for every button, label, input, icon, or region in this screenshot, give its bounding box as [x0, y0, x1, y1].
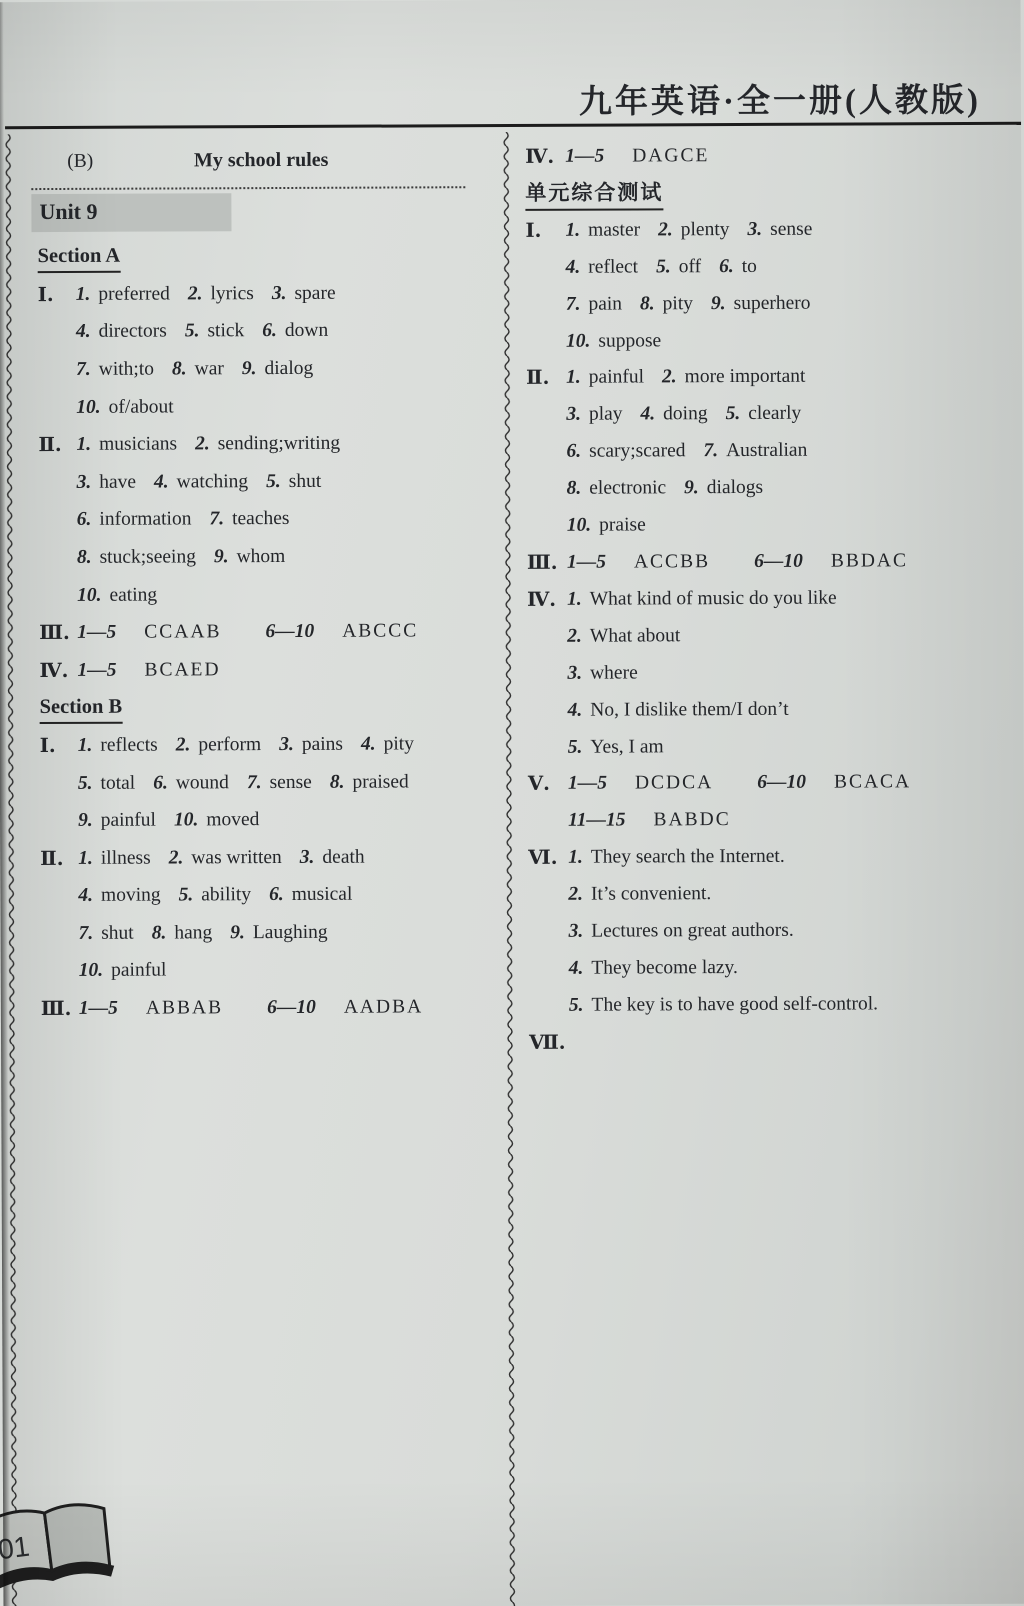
- answer-items: 1—5CCAAB6—10ABCCC: [77, 612, 467, 651]
- exercise-roman-numeral: Ⅰ.: [38, 276, 76, 314]
- exercise-roman-numeral: Ⅳ.: [39, 652, 77, 690]
- answer-item-text: have: [99, 471, 136, 492]
- section-b-heading: Section B: [39, 688, 467, 727]
- exercise-roman-numeral: [526, 434, 566, 471]
- answer-item: 3.play: [566, 397, 622, 434]
- answer-item: 11—15BABDC: [568, 802, 731, 840]
- right-column: Ⅳ. 1—5DAGCE 单元综合测试 Ⅰ. 1.master2.plenty3.…: [525, 137, 961, 1062]
- answer-item-text: AADBA: [344, 996, 423, 1017]
- answer-line: 2.What about: [527, 617, 959, 656]
- answer-item-number: 10.: [174, 809, 198, 830]
- section-a-answers: Ⅰ. 1.preferred2.lyrics3.spare 4.director…: [38, 274, 468, 689]
- answer-item-number: 6—10: [265, 621, 314, 642]
- answer-item-number: 7.: [703, 440, 718, 461]
- passage-b-label: (B): [67, 143, 93, 181]
- answer-item-text: sense: [270, 771, 312, 792]
- answer-items: 1.illness2.was written3.death: [78, 838, 468, 877]
- answer-item-text: Laughing: [253, 922, 328, 943]
- answer-item-number: 8.: [172, 358, 187, 379]
- answer-item-number: 4.: [640, 404, 655, 425]
- answer-item-text: No, I dislike them/I don’t: [590, 698, 789, 720]
- exercise-roman-numeral: [526, 397, 566, 434]
- answer-item-text: war: [195, 358, 224, 379]
- answer-item-text: CCAAB: [144, 621, 221, 642]
- answer-item: 5.clearly: [725, 396, 801, 433]
- answer-line: Ⅱ. 1.illness2.was written3.death: [40, 838, 468, 877]
- exercise-roman-numeral: Ⅳ.: [527, 582, 567, 619]
- answer-item-number: 4.: [76, 321, 91, 342]
- answer-line: 7.shut8.hang9.Laughing: [40, 913, 468, 952]
- section-a-heading: Section A: [38, 236, 466, 275]
- exercise-roman-numeral: [529, 988, 569, 1025]
- answer-items: 1—5ACCBB6—10BBDAC: [567, 543, 959, 582]
- answer-items: 6.information7.teaches: [77, 500, 467, 539]
- answer-line: Ⅰ. 1.reflects2.perform3.pains4.pity: [40, 725, 468, 764]
- exercise-roman-numeral: [40, 764, 78, 802]
- answer-item-number: 4.: [361, 734, 376, 755]
- answer-item-text: watching: [177, 471, 249, 492]
- answer-line: 10.suppose: [526, 322, 958, 361]
- answer-item-number: 2.: [176, 734, 191, 755]
- exercise-roman-numeral: [527, 471, 567, 508]
- answer-item-text: where: [590, 662, 638, 683]
- answer-item-number: 7.: [76, 359, 91, 380]
- answer-item: 2.What about: [567, 618, 680, 655]
- answer-item-number: 2.: [568, 884, 583, 905]
- answer-items: 4.moving5.ability6.musical: [78, 875, 468, 914]
- answer-items: 10.eating: [77, 575, 467, 614]
- answer-item-number: 9.: [78, 810, 93, 831]
- answer-item-number: 9.: [711, 293, 726, 314]
- answer-item-text: praised: [352, 771, 408, 792]
- answer-item: 10.praise: [567, 507, 646, 544]
- answer-item: 2.lyrics: [188, 275, 254, 313]
- answer-items: 9.painful10.moved: [78, 800, 468, 839]
- answer-line: 4.reflect5.off6.to: [526, 248, 958, 287]
- answer-item-text: moving: [101, 885, 161, 906]
- exercise-roman-numeral: [38, 351, 76, 389]
- answer-item-number: 5.: [568, 736, 583, 757]
- answer-item-number: 1.: [566, 367, 581, 388]
- answer-item-number: 10.: [77, 584, 101, 605]
- answer-item: 6.down: [262, 312, 328, 350]
- writing-answer-text: [573, 1023, 961, 1062]
- answer-items: 10.of/about: [76, 387, 466, 426]
- unit-9-divider: Unit 9: [31, 186, 465, 232]
- exercise-roman-numeral: Ⅲ.: [41, 990, 79, 1028]
- answer-line: 6.information7.teaches: [39, 500, 467, 539]
- answer-item: 7.pain: [566, 286, 622, 323]
- answer-item-number: 6.: [153, 772, 168, 793]
- answer-item-number: 7.: [566, 293, 581, 314]
- answer-item: 1.musicians: [76, 426, 177, 464]
- answer-item-number: 9.: [684, 477, 699, 498]
- answer-item: 3.sense: [747, 211, 812, 248]
- column-divider-wavy-line: [501, 132, 517, 1606]
- answer-item-number: 6.: [566, 441, 581, 462]
- answer-item-number: 4.: [569, 958, 584, 979]
- answer-line: Ⅰ. 1.preferred2.lyrics3.spare: [38, 274, 466, 313]
- exercise-roman-numeral: [527, 619, 567, 656]
- unit-test-heading: 单元综合测试: [525, 174, 957, 213]
- answer-item-number: 1.: [78, 848, 93, 869]
- answer-item: 2.was written: [169, 839, 282, 877]
- exercise-roman-numeral: [528, 877, 568, 914]
- answer-item-number: 2.: [188, 283, 203, 304]
- answer-items: 1—5BCAED: [77, 650, 467, 689]
- answer-item: 1—5ABBAB: [79, 989, 223, 1027]
- answer-line: Ⅲ. 1—5ABBAB6—10AADBA: [41, 988, 469, 1027]
- answer-items: 4.reflect5.off6.to: [566, 248, 958, 287]
- answer-item: 7.Australian: [703, 433, 807, 470]
- answer-items: 1.preferred2.lyrics3.spare: [76, 274, 466, 313]
- answer-item-number: 6—10: [754, 551, 803, 572]
- answer-item: 9.Laughing: [230, 914, 328, 952]
- answer-item-text: ACCBB: [634, 551, 710, 572]
- answer-line: 10.eating: [39, 575, 467, 614]
- answer-item-text: clearly: [748, 403, 801, 424]
- answer-item: 7.with;to: [76, 351, 154, 389]
- answer-item-number: 1.: [567, 589, 582, 610]
- answer-item: 6.information: [77, 501, 192, 539]
- answer-item: 1.preferred: [76, 275, 170, 313]
- answer-item: 10.suppose: [566, 323, 661, 360]
- answer-item-text: painful: [589, 367, 644, 388]
- answer-item-text: scary;scared: [589, 440, 685, 461]
- unit-9-title: Unit 9: [31, 193, 231, 232]
- answer-item-number: 9.: [242, 358, 257, 379]
- answer-item-number: 2.: [658, 219, 673, 240]
- answer-item-number: 2.: [195, 433, 210, 454]
- answer-item-number: 2.: [662, 367, 677, 388]
- answer-line: Ⅰ. 1.master2.plenty3.sense: [525, 211, 957, 250]
- answer-line: 9.painful10.moved: [40, 800, 468, 839]
- answer-line: Ⅱ. 1.musicians2.sending;writing: [38, 424, 466, 463]
- answer-item: 1.master: [565, 212, 640, 249]
- exercise-roman-numeral: Ⅰ.: [40, 727, 78, 765]
- answer-item-number: 1—5: [77, 659, 116, 680]
- answer-item-text: shut: [289, 471, 322, 492]
- answer-items: 1.master2.plenty3.sense: [565, 211, 957, 250]
- answer-item: 7.sense: [247, 763, 312, 801]
- answer-item: 3.pains: [279, 726, 343, 764]
- exercise-roman-numeral: Ⅱ.: [40, 840, 78, 878]
- exercise-roman-numeral: Ⅱ.: [526, 360, 566, 397]
- left-column: (B) My school rules Unit 9 Section A Ⅰ. …: [37, 141, 469, 1028]
- answer-items: 4.No, I dislike them/I don’t: [568, 691, 960, 730]
- answer-line: 5.Yes, I am: [528, 728, 960, 767]
- answer-item-number: 1.: [565, 220, 580, 241]
- answer-items: 1—5DCDCA6—10BCACA: [568, 764, 960, 803]
- answer-items: 3.play4.doing5.clearly: [566, 395, 958, 434]
- answer-item-text: pain: [588, 293, 622, 314]
- answer-item: 6.wound: [153, 764, 229, 802]
- exercise-roman-numeral: Ⅳ.: [525, 139, 565, 176]
- answer-item-text: stuck;seeing: [100, 546, 196, 567]
- answer-item-text: dialogs: [707, 477, 763, 498]
- answer-item: 5.off: [656, 249, 701, 286]
- exercise-roman-numeral: [39, 464, 77, 502]
- exercise-roman-numeral: Ⅱ.: [38, 426, 76, 464]
- answer-item: 6—10BBDAC: [754, 543, 908, 581]
- answer-item-text: The key is to have good self-control.: [591, 993, 878, 1015]
- exercise-roman-numeral: [40, 802, 78, 840]
- answer-items: 7.with;to8.war9.dialog: [76, 349, 466, 388]
- answer-item-text: sending;writing: [218, 433, 341, 455]
- answer-item-text: hang: [174, 922, 212, 943]
- exercise-roman-numeral: [39, 539, 77, 577]
- answer-line: Ⅵ. 1.They search the Internet.: [528, 838, 960, 877]
- answer-line: 4.moving5.ability6.musical: [40, 875, 468, 914]
- answer-item: 1.painful: [566, 360, 644, 397]
- answer-line: 6.scary;scared7.Australian: [526, 432, 958, 471]
- answer-line: Ⅴ. 1—5DCDCA6—10BCACA: [528, 764, 960, 803]
- answer-item-text: lyrics: [210, 283, 253, 304]
- answer-item-text: stick: [207, 321, 244, 342]
- answer-item: 4.moving: [78, 877, 160, 915]
- answer-item: 6—10BCACA: [757, 765, 911, 803]
- answer-item: 10.of/about: [76, 388, 174, 426]
- answer-item-number: 6.: [262, 320, 277, 341]
- answer-item-number: 6—10: [267, 997, 316, 1018]
- answer-item-text: DCDCA: [635, 773, 713, 794]
- exercise-roman-numeral: [527, 655, 567, 692]
- answer-line: Ⅱ. 1.painful2.more important: [526, 358, 958, 397]
- answer-item: 10.moved: [174, 801, 260, 839]
- answer-item: 7.shut: [78, 915, 133, 953]
- answer-item: 7.teaches: [209, 500, 289, 538]
- answer-items: 1.They search the Internet.: [568, 838, 960, 877]
- answer-item-number: 1—5: [77, 622, 116, 643]
- answer-item: 4.They become lazy.: [569, 950, 738, 988]
- answer-item-text: was written: [191, 847, 282, 868]
- answer-item: 8.electronic: [567, 470, 667, 507]
- header-rule: [5, 122, 1021, 129]
- answer-item-text: What about: [590, 625, 681, 646]
- answer-item-number: 2.: [169, 847, 184, 868]
- answer-line: 3.Lectures on great authors.: [528, 912, 960, 951]
- exercise-roman-numeral: [526, 323, 566, 360]
- answer-item-number: 8.: [567, 478, 582, 499]
- answer-item: 1.reflects: [78, 726, 158, 764]
- answer-item-number: 6.: [269, 884, 284, 905]
- answer-item-text: preferred: [98, 283, 170, 304]
- answer-items: 3.Lectures on great authors.: [568, 912, 960, 951]
- exercise-roman-numeral: Ⅴ.: [528, 766, 568, 803]
- answer-item-text: superhero: [734, 292, 811, 313]
- answer-item: 8.pity: [640, 286, 693, 323]
- answer-item: 5.Yes, I am: [568, 729, 664, 766]
- section-b-answers: Ⅰ. 1.reflects2.perform3.pains4.pity 5.to…: [40, 725, 469, 1028]
- answer-item: 2.more important: [662, 359, 806, 397]
- answer-items: 10.praise: [567, 506, 959, 545]
- answer-item-text: of/about: [109, 396, 174, 417]
- answer-items: 1—5ABBAB6—10AADBA: [79, 988, 469, 1027]
- answer-item-text: They search the Internet.: [591, 846, 785, 868]
- exercise-roman-numeral: [39, 501, 77, 539]
- answer-line: 3.where: [527, 654, 959, 693]
- answer-item: 6—10ABCCC: [265, 613, 418, 651]
- answer-item: 8.hang: [152, 914, 213, 952]
- answer-book-page: 九年英语·全一册(人教版) (B) My school rules Unit 9: [0, 0, 1024, 1606]
- answer-item-number: 4.: [566, 256, 581, 277]
- exercise-roman-numeral: [38, 313, 76, 351]
- answer-item-text: more important: [685, 366, 806, 388]
- answer-item-number: 5.: [266, 471, 281, 492]
- answer-items: 3.where: [567, 654, 959, 693]
- answer-item-text: reflects: [100, 734, 157, 755]
- answer-item-text: ability: [201, 884, 251, 905]
- answer-item: 3.death: [300, 838, 365, 876]
- answer-item-text: pity: [384, 733, 414, 754]
- answer-item-text: wound: [176, 772, 229, 793]
- answer-item-text: musical: [292, 884, 353, 905]
- answer-items: 7.shut8.hang9.Laughing: [78, 913, 468, 952]
- exercise-roman-numeral: [39, 576, 77, 614]
- answer-item-number: 10.: [567, 515, 591, 536]
- page-sheet: 九年英语·全一册(人教版) (B) My school rules Unit 9: [0, 0, 1024, 1606]
- answer-item-text: spare: [294, 283, 335, 304]
- answer-items: 8.electronic9.dialogs: [567, 469, 959, 508]
- answer-items: 7.pain8.pity9.superhero: [566, 285, 958, 324]
- answer-line: 3.have4.watching5.shut: [39, 462, 467, 501]
- answer-item-number: 8.: [640, 293, 655, 314]
- answer-item: 10.eating: [77, 576, 157, 614]
- answer-item-number: 11—15: [568, 810, 626, 831]
- answer-item-text: perform: [198, 734, 261, 755]
- exercise-roman-numeral: Ⅰ.: [525, 213, 565, 250]
- answer-item-text: praise: [599, 514, 646, 535]
- answer-item-number: 7.: [79, 923, 94, 944]
- answer-item: 4.directors: [76, 313, 167, 351]
- answer-item-text: death: [322, 846, 364, 867]
- answer-items: 4.directors5.stick6.down: [76, 312, 466, 351]
- exercise-roman-numeral: Ⅲ.: [527, 545, 567, 582]
- answer-item: 4.pity: [361, 725, 414, 763]
- answer-item: 10.painful: [79, 952, 167, 990]
- answer-items: 1.musicians2.sending;writing: [76, 424, 466, 463]
- answer-item: 3.spare: [272, 275, 336, 313]
- answer-item-number: 6—10: [757, 772, 806, 793]
- answer-item: 1.What kind of music do you like: [567, 580, 837, 618]
- answer-item: 5.ability: [179, 876, 252, 914]
- exercise-roman-numeral: [528, 803, 568, 840]
- answer-item: 2.perform: [176, 726, 262, 764]
- answer-item-text: with;to: [99, 359, 154, 380]
- answer-item-text: teaches: [232, 508, 289, 529]
- answer-item: 3.have: [77, 463, 137, 501]
- answer-item-text: total: [100, 772, 135, 793]
- answer-item-text: ABCCC: [342, 621, 418, 642]
- answer-line: Ⅳ. 1—5DAGCE: [525, 137, 957, 176]
- answer-item: 1.illness: [78, 839, 151, 877]
- answer-item-number: 1—5: [568, 773, 607, 794]
- answer-item-number: 4.: [154, 471, 169, 492]
- writing-answer-block: Ⅶ.: [529, 1023, 961, 1062]
- answer-item-text: information: [99, 509, 191, 530]
- answer-item-number: 10.: [566, 330, 590, 351]
- answer-item-number: 1.: [76, 284, 91, 305]
- page-header-title: 九年英语·全一册(人教版): [579, 74, 981, 123]
- answer-line: 8.electronic9.dialogs: [527, 469, 959, 508]
- answer-item-text: dialog: [264, 358, 313, 379]
- answer-item-text: moved: [206, 809, 259, 830]
- answer-items: 1.painful2.more important: [566, 358, 958, 397]
- answer-item: 1—5DAGCE: [565, 138, 709, 176]
- answer-item-number: 1.: [568, 847, 583, 868]
- answer-item: 8.stuck;seeing: [77, 538, 196, 576]
- answer-item-number: 3.: [567, 662, 582, 683]
- answer-items: 1.What kind of music do you like: [567, 580, 959, 619]
- answer-item-number: 1.: [78, 735, 93, 756]
- exercise-roman-numeral: [528, 914, 568, 951]
- answer-line: 4.No, I dislike them/I don’t: [528, 691, 960, 730]
- exercise-roman-numeral: Ⅲ.: [39, 614, 77, 652]
- answer-item-number: 6.: [77, 509, 92, 530]
- unit-test-heading-text: 单元综合测试: [525, 178, 663, 211]
- answer-item: 5.stick: [185, 313, 245, 351]
- answer-line: 2.It’s convenient.: [528, 875, 960, 914]
- answer-item-text: Lectures on great authors.: [591, 920, 794, 942]
- answer-item-number: 6.: [719, 256, 734, 277]
- answer-item-number: 3.: [77, 472, 92, 493]
- answer-items: 10.painful: [79, 951, 469, 990]
- answer-item-text: musicians: [99, 434, 177, 455]
- answer-item-text: suppose: [598, 330, 661, 351]
- answer-items: 1.reflects2.perform3.pains4.pity: [78, 725, 468, 764]
- answer-item-text: BCAED: [144, 659, 220, 680]
- answer-item-text: off: [679, 256, 701, 277]
- answer-item: 2.sending;writing: [195, 425, 340, 463]
- answer-item: 1—5ACCBB: [567, 544, 710, 582]
- answer-item-number: 5.: [726, 403, 741, 424]
- answer-item-number: 1—5: [79, 998, 118, 1019]
- answer-item-number: 4.: [78, 885, 93, 906]
- answer-line: 5.The key is to have good self-control.: [529, 986, 961, 1025]
- answer-items: 8.stuck;seeing9.whom: [77, 537, 467, 576]
- answer-item-text: to: [742, 256, 757, 277]
- answer-item: 9.whom: [214, 538, 286, 576]
- answer-items: 5.Yes, I am: [568, 728, 960, 767]
- answer-items: 2.It’s convenient.: [568, 875, 960, 914]
- exercise-roman-numeral: [526, 286, 566, 323]
- answer-item: 2.It’s convenient.: [568, 876, 711, 914]
- exercise-roman-numeral: [38, 388, 76, 426]
- answer-item-text: doing: [663, 403, 708, 424]
- answer-line: Ⅳ. 1—5BCAED: [39, 650, 467, 689]
- exercise-roman-numeral: [526, 249, 566, 286]
- answer-item: 1—5CCAAB: [77, 613, 221, 651]
- answer-item-number: 8.: [330, 771, 345, 792]
- answer-item-text: ABBAB: [146, 997, 223, 1018]
- answer-item-number: 3.: [300, 847, 315, 868]
- answer-line: 7.pain8.pity9.superhero: [526, 285, 958, 324]
- answer-item-text: pains: [302, 734, 343, 755]
- answer-item: 1—5BCAED: [77, 651, 220, 689]
- answer-item-number: 8.: [77, 547, 92, 568]
- page-number-book-icon: 01: [0, 1498, 115, 1593]
- answer-item: 4.watching: [154, 463, 248, 501]
- answer-item-number: 5.: [569, 995, 584, 1016]
- answer-item: 4.No, I dislike them/I don’t: [568, 691, 789, 729]
- answer-line: 4.directors5.stick6.down: [38, 312, 466, 351]
- section-b-part4-answer: Ⅳ. 1—5DAGCE: [525, 137, 957, 176]
- answer-item: 4.doing: [640, 396, 707, 433]
- exercise-roman-numeral: [40, 877, 78, 915]
- answer-item: 1—5DCDCA: [568, 766, 713, 804]
- answer-item-number: 7.: [209, 509, 224, 530]
- answer-item-number: 5.: [656, 256, 671, 277]
